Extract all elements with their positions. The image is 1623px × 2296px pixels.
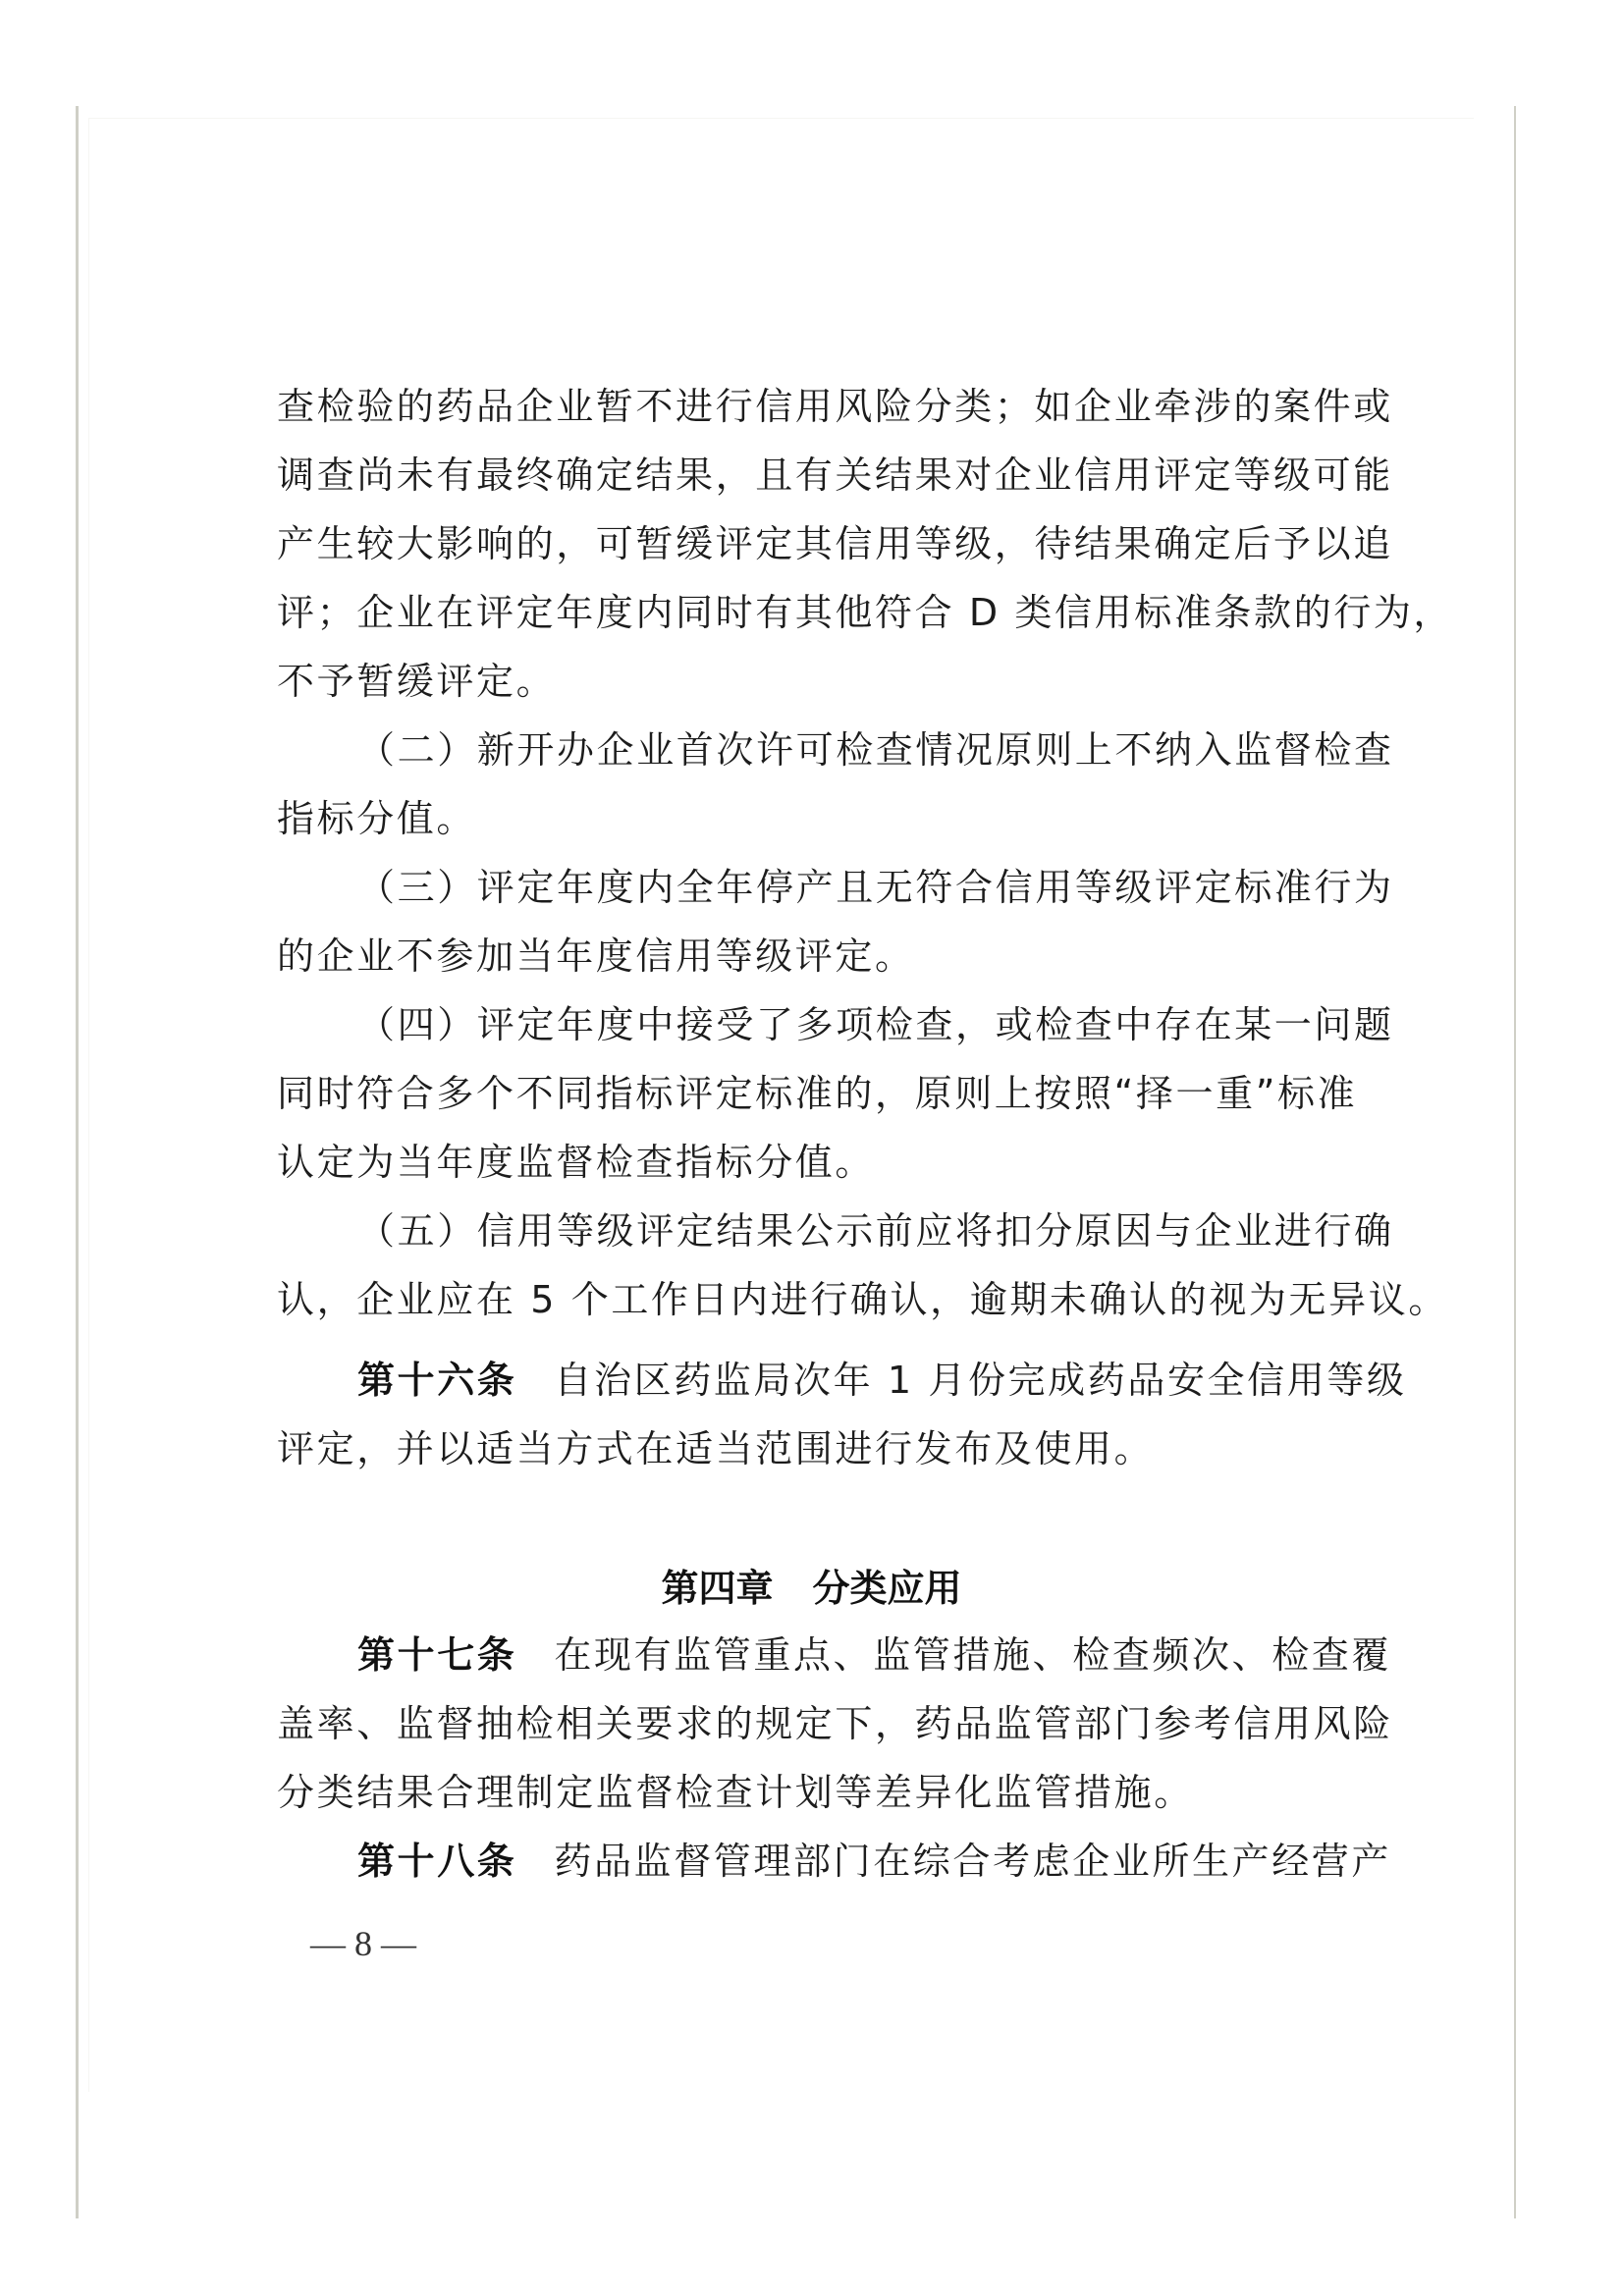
text-line: 认，企业应在 5 个工作日内进行确认，逾期未确认的视为无异议。 [277, 1278, 1353, 1321]
article-17-line: 第十七条在现有监管重点、监管措施、检查频次、检查覆 [357, 1633, 1353, 1677]
page-number: — 8 — [310, 1922, 416, 1965]
article-16-text: 自治区药监局次年 1 月份完成药品安全信用等级 [554, 1359, 1406, 1402]
chapter-heading: 第四章分类应用 [0, 1565, 1623, 1612]
text-line: 盖率、监督抽检相关要求的规定下，药品监管部门参考信用风险 [277, 1702, 1353, 1745]
article-18-label: 第十八条 [357, 1840, 516, 1883]
text-line: （五）信用等级评定结果公示前应将扣分原因与企业进行确 [357, 1209, 1353, 1253]
text-line: 评定，并以适当方式在适当范围进行发布及使用。 [277, 1427, 1353, 1470]
chapter-title: 分类应用 [813, 1566, 962, 1610]
article-16-line: 第十六条自治区药监局次年 1 月份完成药品安全信用等级 [357, 1359, 1353, 1402]
article-17-text: 在现有监管重点、监管措施、检查频次、检查覆 [554, 1633, 1391, 1677]
text-line: 评；企业在评定年度内同时有其他符合 D 类信用标准条款的行为， [277, 591, 1353, 634]
text-line: 查检验的药品企业暂不进行信用风险分类；如企业牵涉的案件或 [277, 385, 1353, 428]
text-line: 的企业不参加当年度信用等级评定。 [277, 934, 1353, 978]
text-line: （二）新开办企业首次许可检查情况原则上不纳入监督检查 [357, 728, 1353, 772]
text-line: 产生较大影响的，可暂缓评定其信用等级，待结果确定后予以追 [277, 522, 1353, 565]
text-line: 不予暂缓评定。 [277, 660, 1353, 703]
text-line: 调查尚未有最终确定结果，且有关结果对企业信用评定等级可能 [277, 454, 1353, 497]
page-edge-left [76, 106, 79, 2218]
article-18-line: 第十八条药品监督管理部门在综合考虑企业所生产经营产 [357, 1840, 1353, 1883]
text-line: 指标分值。 [277, 797, 1353, 840]
text-line: （三）评定年度内全年停产且无符合信用等级评定标准行为 [357, 866, 1353, 909]
article-16-label: 第十六条 [357, 1359, 516, 1402]
text-line: 分类结果合理制定监督检查计划等差异化监管措施。 [277, 1771, 1353, 1814]
chapter-number: 第四章 [661, 1566, 773, 1610]
page-edge-right [1514, 106, 1516, 2218]
text-line: 同时符合多个不同指标评定标准的，原则上按照“择一重”标准 [277, 1072, 1353, 1115]
text-line: 认定为当年度监督检查指标分值。 [277, 1141, 1353, 1184]
text-line: （四）评定年度中接受了多项检查，或检查中存在某一问题 [357, 1003, 1353, 1046]
article-18-text: 药品监督管理部门在综合考虑企业所生产经营产 [554, 1840, 1391, 1883]
article-17-label: 第十七条 [357, 1633, 516, 1677]
